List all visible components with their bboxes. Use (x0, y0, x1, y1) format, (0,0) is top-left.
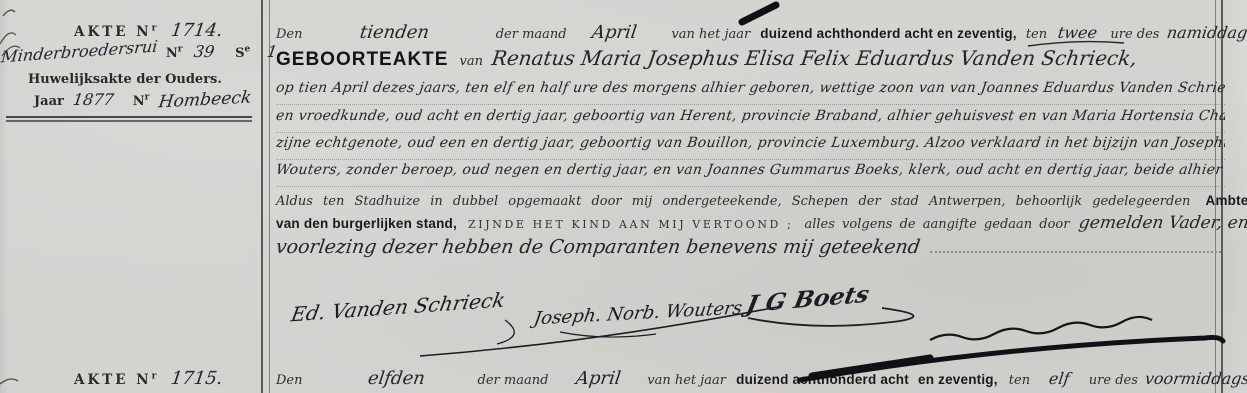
street-name-handwritten: Minderbroedersrui (0, 37, 158, 67)
next-hour-handwritten: elf (1048, 369, 1071, 388)
van-label: van (460, 54, 483, 69)
signature-loop-icon (497, 320, 514, 344)
signature-witness-2-text: J G Boets (744, 281, 871, 318)
body-text-3: zijne echtgenote, oud een en dertig jaar… (276, 135, 1225, 151)
date-line: Den tienden der maand April van het jaar… (276, 22, 1225, 43)
house-number-handwritten: 39 (192, 42, 215, 61)
next-akte-number-handwritten: 1715. (170, 368, 224, 389)
closing-italic-1: Aldus ten Stadhuize in dubbel opgemaakt … (276, 194, 1190, 209)
next-act-number-line: AKTE Nr 1715. (74, 368, 223, 389)
body-handwritten-line-3: zijne echtgenote, oud een en dertig jaar… (276, 132, 1225, 160)
body-text-1: op tien April dezes jaars, ten elf en ha… (276, 80, 1225, 96)
signature-witness-1: Joseph. Norb. Wouters (535, 303, 741, 324)
declaration-italic: alles volgens de aangifte gedaan door (804, 217, 1069, 232)
day-handwritten: tienden (358, 22, 430, 43)
scanned-birth-register-page: AKTE Nr 1714. Minderbroedersrui Nr 39 Se… (0, 0, 1247, 393)
birth-act-title: GEBOORTEAKTE (276, 49, 448, 70)
body-text-4: Wouters, zonder beroep, oud negen en der… (276, 162, 1225, 178)
parents-marriage-act-label: Huwelijksakte der Ouders. (28, 72, 222, 87)
daypart-handwritten: namiddags (1165, 23, 1247, 42)
next-date-line: Den elfden der maand April van het jaar … (276, 368, 1225, 389)
akte-number-handwritten: 1714. (170, 20, 224, 41)
next-year-words-bold: duizend achthonderd acht (736, 372, 909, 387)
next-day-handwritten: elfden (366, 368, 426, 389)
signature-father-text: Ed. Vanden Schrieck (289, 288, 507, 327)
margin-rule-bottom (6, 120, 252, 122)
child-shown-caps: ZIJNDE HET KIND AAN MIJ VERTOOND ; (468, 218, 793, 231)
year-words-bold: duizend achthonderd acht en zeventig, (760, 26, 1016, 41)
next-month-label: der maand (478, 373, 549, 388)
civil-registry-bold: van den burgerlijken stand, (276, 216, 457, 231)
child-name-handwritten: Renatus Maria Josephus Elisa Felix Eduar… (490, 46, 1138, 70)
body-handwritten-line-1: op tien April dezes jaars, ten elf en ha… (276, 77, 1225, 105)
read-and-signed-handwritten: voorlezing dezer hebben de Comparanten b… (274, 236, 921, 258)
address-line: Minderbroedersrui Nr 39 Se 1 (2, 42, 277, 61)
year-of-label: van het jaar (671, 27, 750, 42)
signature-father: Ed. Vanden Schrieck (293, 295, 503, 319)
ure-des-label: ure des (1110, 27, 1159, 42)
closing-printed-line-1: Aldus ten Stadhuize in dubbel opgemaakt … (276, 190, 1225, 209)
signature-witness-1-text: Joseph. Norb. Wouters (532, 298, 743, 330)
month-label: der maand (496, 27, 567, 42)
witness1-underline-icon (560, 332, 656, 337)
ten-label: ten (1026, 27, 1047, 42)
dotted-rule-fill (930, 251, 1221, 253)
signature-witness-2: J G Boets (748, 286, 868, 313)
year-name-line: Jaar 1877 Nr Hombeeck (34, 90, 251, 110)
next-akte-label: AKTE Nr (74, 372, 156, 388)
body-handwritten-line-4: Wouters, zonder beroep, oud negen en der… (276, 159, 1225, 187)
title-line: GEBOORTEAKTE van Renatus Maria Josephus … (276, 46, 1225, 71)
year-handwritten: 1877 (72, 90, 115, 109)
year-label: Jaar (34, 94, 64, 109)
official-signature-scribble-icon (930, 317, 1152, 340)
next-daypart-handwritten: voormiddags (1144, 369, 1247, 388)
next-year-of-label: van het jaar (647, 373, 726, 388)
next-month-handwritten: April (574, 368, 622, 389)
house-number-label: Nr (166, 46, 183, 61)
hour-handwritten: twee (1057, 23, 1099, 42)
body-text-2: en vroedkunde, oud acht en dertig jaar, … (276, 108, 1225, 124)
month-handwritten: April (590, 22, 638, 43)
next-ure-des-label: ure des (1089, 373, 1138, 388)
closing-printed-line-2: van den burgerlijken stand, ZIJNDE HET K… (276, 213, 1225, 233)
ambtenaar-bold: Ambtenaar (1206, 193, 1247, 208)
corner-squiggle-icon (3, 10, 15, 16)
next-year-words-bold-2: en zeventig, (918, 372, 998, 387)
name-ref-label: Nr (133, 94, 150, 109)
den-label: Den (276, 27, 303, 42)
ink-stroke-top-icon (742, 5, 776, 22)
body-handwritten-line-2: en vroedkunde, oud acht en dertig jaar, … (276, 105, 1225, 133)
section-label: Se (235, 46, 250, 61)
next-ten-label: ten (1009, 373, 1030, 388)
declared-by-handwritten: gemelden Vader, en na (1077, 213, 1247, 233)
margin-rule-top (6, 116, 252, 118)
family-name-handwritten: Hombeeck (157, 88, 252, 113)
closing-handwritten-line: voorlezing dezer hebben de Comparanten b… (276, 236, 1225, 258)
next-den-label: Den (276, 373, 303, 388)
parents-marriage-act-line: Huwelijksakte der Ouders. (28, 68, 222, 87)
bottom-left-squiggle-icon (0, 379, 18, 384)
